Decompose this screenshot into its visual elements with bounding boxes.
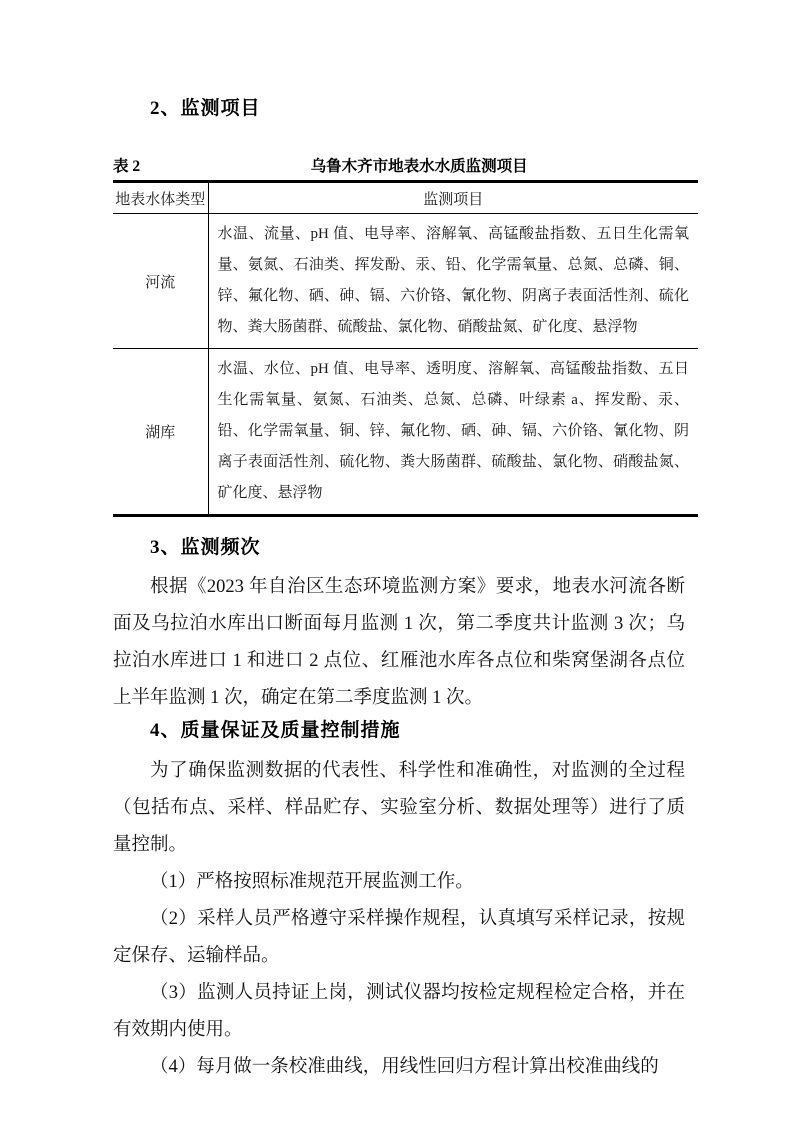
section-4-paragraph-item-2: （2）采样人员严格遵守采样操作规程，认真填写采样记录，按规定保存、运输样品。 [113,901,685,975]
table-row-river: 河流 水温、流量、pH 值、电导率、溶解氧、高锰酸盐指数、五日生化需氧量、氨氮、… [113,214,698,349]
table-title: 乌鲁木齐市地表水水质监测项目 [140,156,698,178]
water-quality-monitoring-table: 地表水体类型 监测项目 河流 水温、流量、pH 值、电导率、溶解氧、高锰酸盐指数… [113,180,698,517]
section-3-paragraph: 根据《2023 年自治区生态环境监测方案》要求，地表水河流各断面及乌拉泊水库出口… [113,569,685,717]
table-row-lake-reservoir: 湖库 水温、水位、pH 值、电导率、透明度、溶解氧、高锰酸盐指数、五日生化需氧量… [113,349,698,516]
section-4-paragraph-item-4: （4）每月做一条校准曲线，用线性回归方程计算出校准曲线的 [113,1049,685,1086]
section-4-paragraph-item-3: （3）监测人员持证上岗，测试仪器均按检定规程检定合格，并在有效期内使用。 [113,975,685,1049]
river-items-cell: 水温、流量、pH 值、电导率、溶解氧、高锰酸盐指数、五日生化需氧量、氨氮、石油类… [208,214,698,349]
section-4-paragraph-item-1: （1）严格按照标准规范开展监测工作。 [113,864,685,901]
document-page: { "section2": { "heading": "2、监测项目" }, "… [0,0,793,1122]
table-label: 表 2 [113,156,140,178]
lake-type-cell: 湖库 [113,349,208,516]
table-2-caption: 表 2 乌鲁木齐市地表水水质监测项目 [113,156,698,178]
table-header-row: 地表水体类型 监测项目 [113,182,698,214]
lake-items-cell: 水温、水位、pH 值、电导率、透明度、溶解氧、高锰酸盐指数、五日生化需氧量、氨氮… [208,349,698,516]
header-cell-monitoring-items: 监测项目 [208,182,698,214]
header-cell-water-body-type: 地表水体类型 [113,182,208,214]
section-4-heading: 4、质量保证及质量控制措施 [113,717,698,744]
section-4-paragraph-intro: 为了确保监测数据的代表性、科学性和准确性，对监测的全过程（包括布点、采样、样品贮… [113,753,685,864]
page-content: 2、监测项目 表 2 乌鲁木齐市地表水水质监测项目 地表水体类型 监测项目 河流… [113,0,698,1086]
river-type-cell: 河流 [113,214,208,349]
section-3-heading: 3、监测频次 [113,534,698,561]
section-2-heading: 2、监测项目 [113,95,698,122]
